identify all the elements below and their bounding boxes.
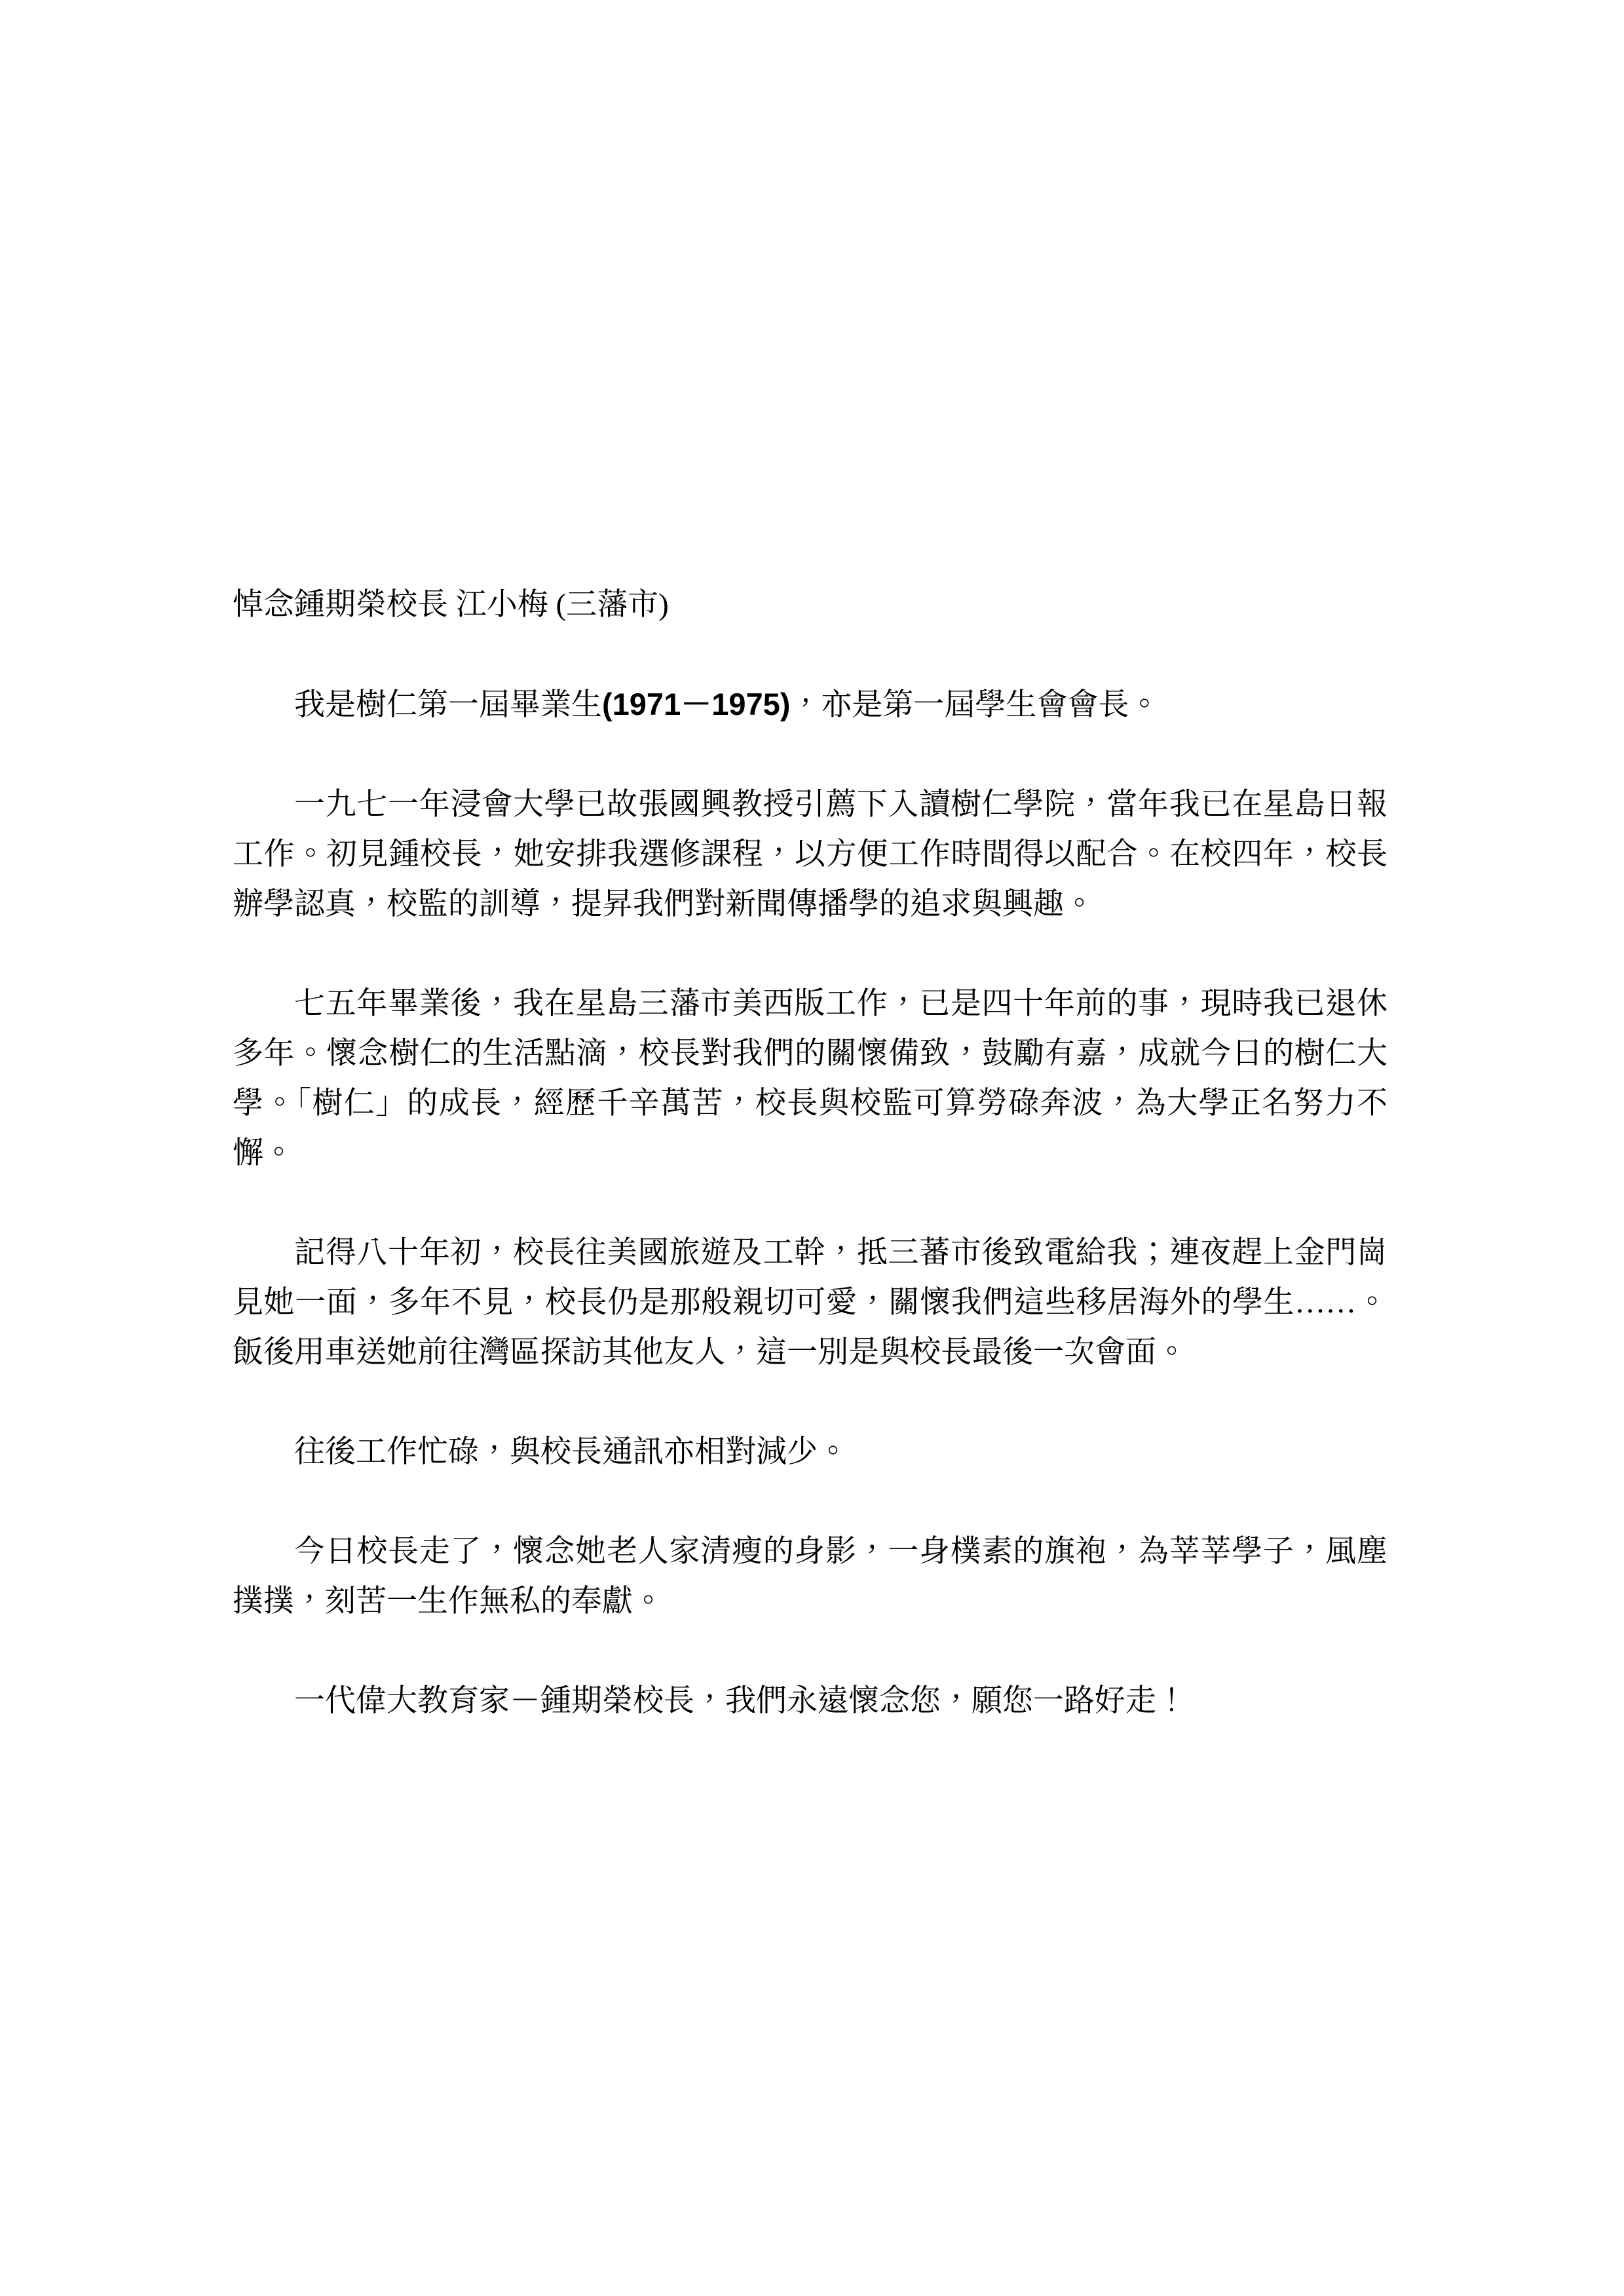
paragraph-1-text-pre: 我是樹仁第一屆畢業生 (294, 688, 602, 722)
paragraph-2: 一九七一年浸會大學已故張國興教授引薦下入讀樹仁學院，當年我已在星島日報工作。初見… (233, 780, 1388, 929)
paragraph-6: 今日校長走了，懷念她老人家清瘦的身影，一身樸素的旗袍，為莘莘學子，風塵撲撲，刻苦… (233, 1527, 1388, 1626)
paragraph-1-graduation-years: (1971－1975) (602, 687, 790, 721)
document-title: 悼念鍾期榮校長 江小梅 (三藩市) (233, 580, 1388, 630)
paragraph-3: 七五年畢業後，我在星島三藩市美西版工作，已是四十年前的事，現時我已退休多年。懷念… (233, 979, 1388, 1178)
document-page: 悼念鍾期榮校長 江小梅 (三藩市) 我是樹仁第一屆畢業生(1971－1975)，… (233, 580, 1388, 1776)
paragraph-4: 記得八十年初，校長往美國旅遊及工幹，抵三蕃市後致電給我；連夜趕上金門崗見她一面，… (233, 1228, 1388, 1377)
document-canvas: { "document": { "page_color": "#ffffff",… (0, 0, 1624, 2296)
paragraph-5: 往後工作忙碌，與校長通訊亦相對減少。 (233, 1427, 1388, 1477)
paragraph-1-text-post: ，亦是第一屆學生會會長。 (790, 688, 1160, 722)
paragraph-7: 一代偉大教育家－鍾期榮校長，我們永遠懷念您，願您一路好走！ (233, 1676, 1388, 1726)
paragraph-1: 我是樹仁第一屆畢業生(1971－1975)，亦是第一屆學生會會長。 (233, 679, 1388, 730)
